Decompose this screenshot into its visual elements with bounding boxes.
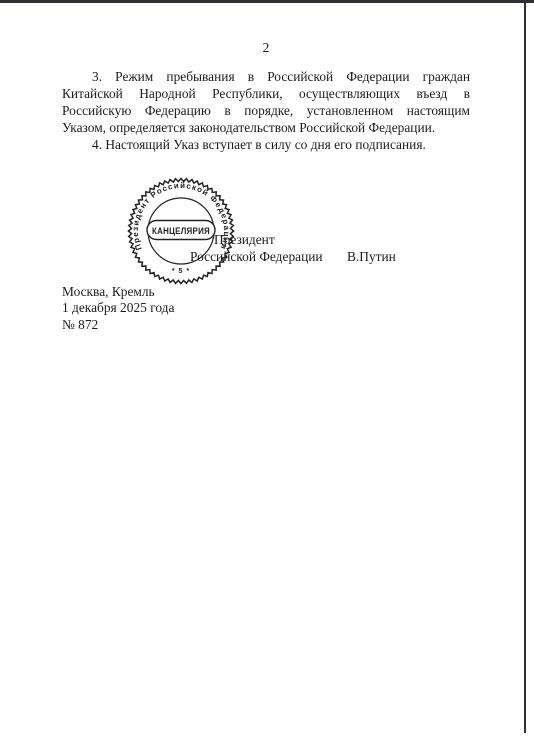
footer-date: 1 декабря 2025 года	[62, 300, 174, 316]
para4-line: 4. Настоящий Указ вступает в силу со дня…	[62, 136, 470, 153]
page-border-right	[524, 0, 526, 733]
page-number: 2	[62, 41, 470, 55]
para3-line-4: Указом, определяется законодательством Р…	[62, 119, 470, 136]
stamp-bottom-text: * 5 *	[172, 268, 190, 275]
footer-place: Москва, Кремль	[62, 284, 174, 300]
para3-line-1: 3. Режим пребывания в Российской Федерац…	[62, 68, 470, 85]
para3-line-2: Китайской Народной Республики, осуществл…	[62, 85, 470, 102]
footer-block: Москва, Кремль 1 декабря 2025 года № 872	[62, 284, 174, 333]
stamp-center-text: КАНЦЕЛЯРИЯ	[152, 226, 210, 237]
chancellery-stamp-icon: Президент Российской Федерации КАНЦЕЛЯРИ…	[127, 177, 235, 285]
signature-name: В.Путин	[347, 248, 396, 265]
para3-line-3: Российскую Федерацию в порядке, установл…	[62, 102, 470, 119]
footer-number: № 872	[62, 317, 174, 333]
decree-page: 2 3. Режим пребывания в Российской Федер…	[0, 0, 534, 755]
page-border-top	[0, 0, 534, 3]
decree-body: 3. Режим пребывания в Российской Федерац…	[62, 68, 470, 153]
